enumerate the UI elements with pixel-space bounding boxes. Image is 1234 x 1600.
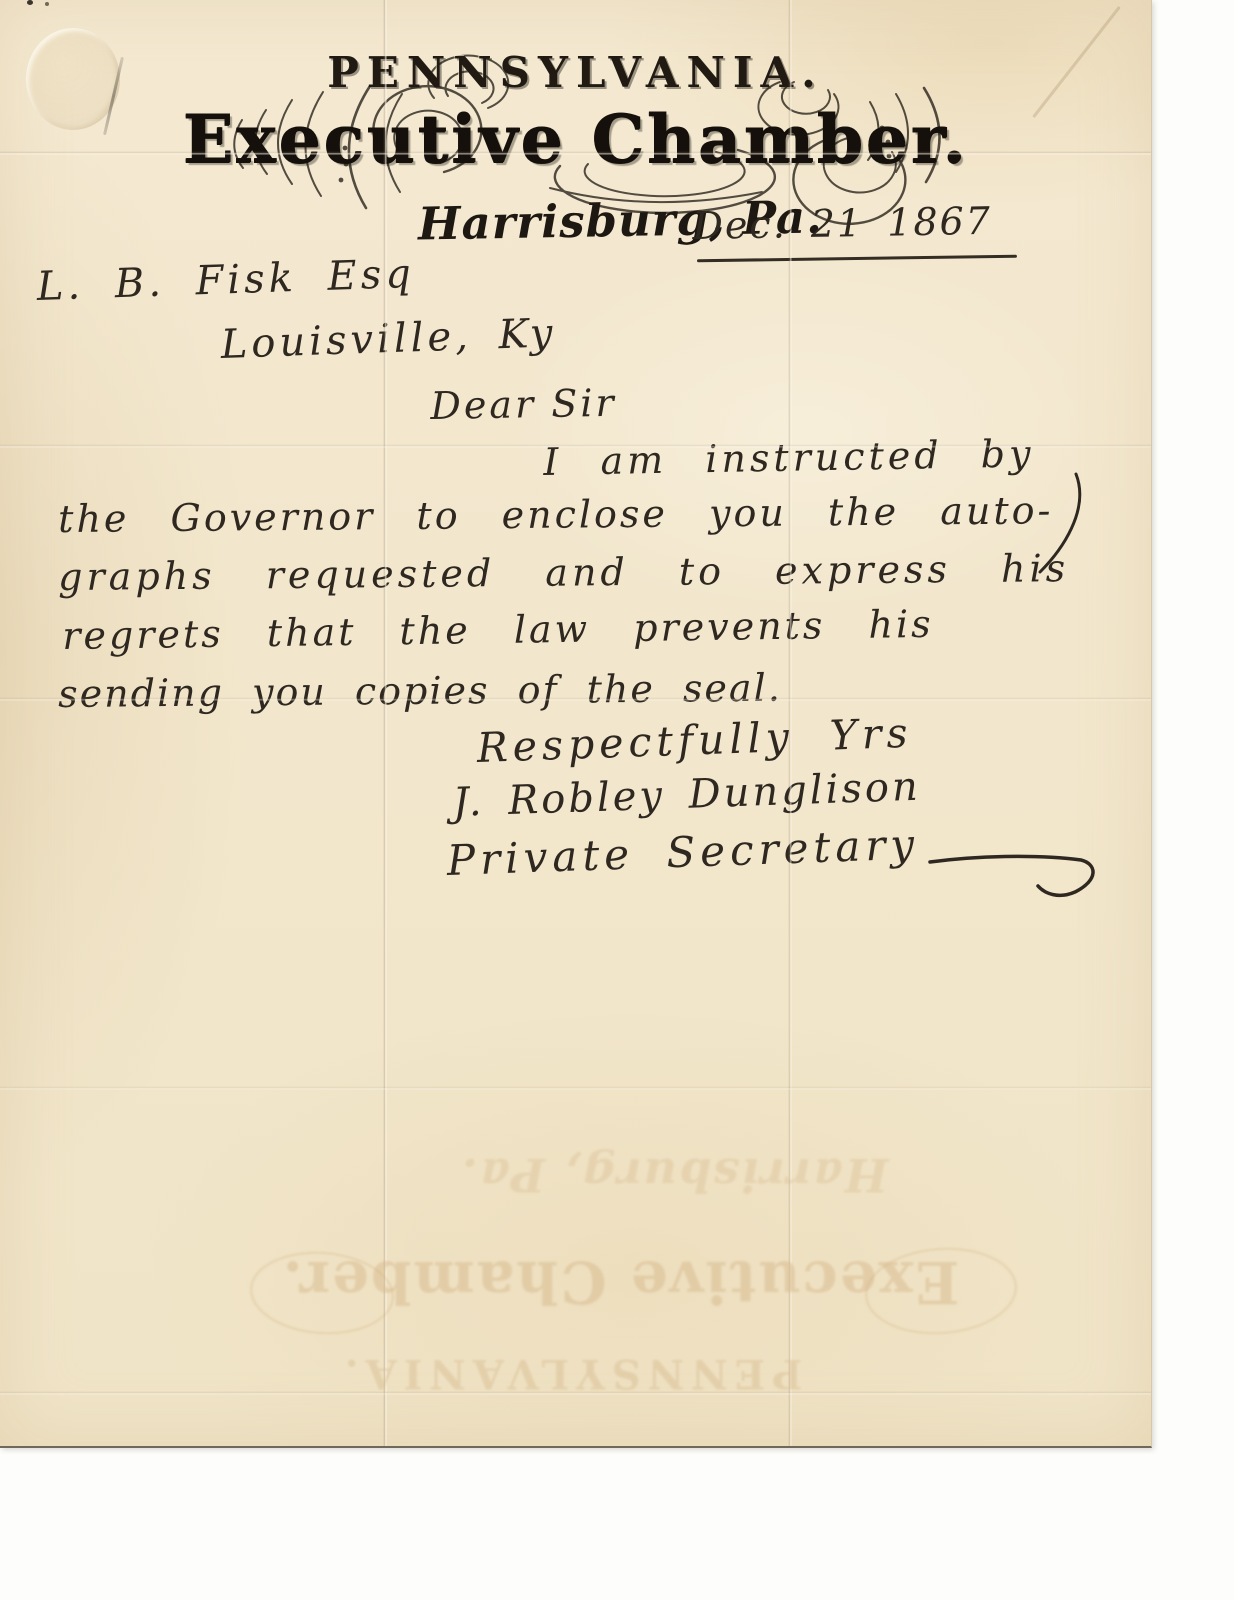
bleed-through-script: Harrisburg, Pa. bbox=[460, 1148, 888, 1202]
recipient-city: Louisville, Ky bbox=[220, 310, 557, 368]
recipient-name: L. B. Fisk Esq bbox=[36, 251, 416, 310]
bleed-through-state: PENNSYLVANIA. bbox=[330, 1350, 810, 1397]
letterhead-office: Executive Chamber. bbox=[0, 100, 1151, 178]
body-line: I am instructed by bbox=[543, 431, 1035, 484]
body-line: the Governor to enclose you the auto- bbox=[58, 488, 1054, 541]
date-rule bbox=[697, 255, 1017, 262]
body-line: graphs requested and to express his bbox=[58, 546, 1069, 599]
valediction: Respectfully Yrs bbox=[476, 709, 913, 772]
letterhead-state: PENNSYLVANIA. bbox=[0, 48, 1151, 97]
letter-sheet: PENNSYLVANIA. Executive Chamber. Harrisb… bbox=[0, 0, 1152, 1448]
signature-title: Private Secretary bbox=[446, 820, 920, 885]
fold-line-horizontal-4 bbox=[0, 1086, 1151, 1090]
ink-speck bbox=[45, 2, 49, 6]
signature: J. Robley Dunglison bbox=[452, 764, 921, 826]
salutation: Dear Sir bbox=[430, 381, 617, 428]
fold-line-vertical-left bbox=[383, 0, 387, 1446]
body-line: regrets that the law prevents his bbox=[62, 602, 934, 658]
signature-swash bbox=[925, 840, 1105, 920]
ink-speck bbox=[27, 0, 33, 5]
body-line: sending you copies of the seal. bbox=[58, 666, 782, 716]
date-handwritten: Dec. 21 1867 bbox=[692, 199, 992, 248]
